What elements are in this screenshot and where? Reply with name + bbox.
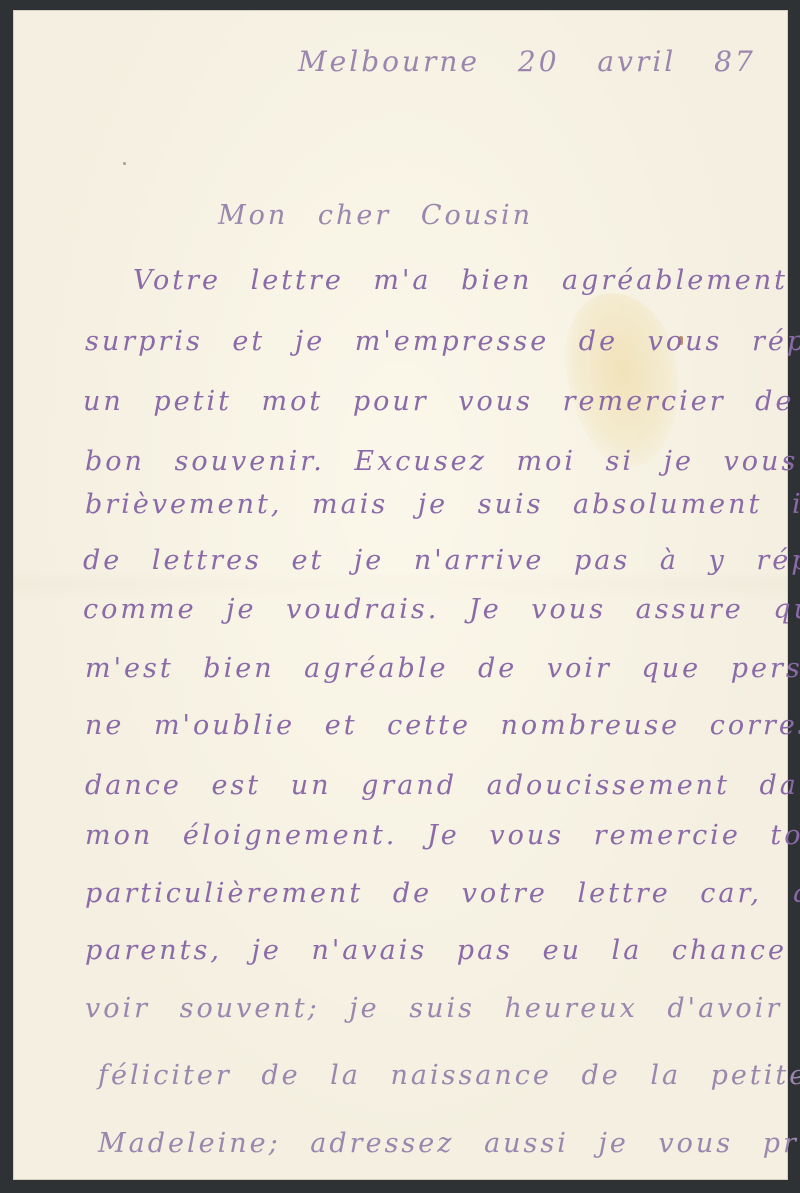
- letter-line: voir souvent; je suis heureux d'avoir à …: [85, 995, 800, 1022]
- letter-paper: Melbourne 20 avril 87 Mon cher Cousin Vo…: [13, 10, 788, 1180]
- letter-line: féliciter de la naissance de la petite: [98, 1062, 800, 1089]
- paper-speck: [123, 162, 126, 165]
- letter-line: comme je voudrais. Je vous assure qu'il: [83, 596, 800, 623]
- letter-line: de lettres et je n'arrive pas à y répond…: [83, 547, 800, 574]
- letter-line: Madeleine; adressez aussi je vous prie m…: [98, 1130, 800, 1157]
- letter-line: mon éloignement. Je vous remercie tout: [85, 822, 800, 849]
- salutation: Mon cher Cousin: [218, 202, 533, 229]
- letter-line: un petit mot pour vous remercier de votr…: [83, 388, 800, 415]
- dateline: Melbourne 20 avril 87: [298, 48, 756, 76]
- letter-line: bon souvenir. Excusez moi si je vous écr…: [85, 448, 800, 475]
- letter-line: dance est un grand adoucissement dans: [85, 772, 800, 799]
- letter-line: ne m'oublie et cette nombreuse correspon…: [85, 712, 800, 739]
- letter-line: particulièrement de votre lettre car, qu…: [85, 880, 800, 907]
- letter-line: brièvement, mais je suis absolument inon…: [85, 491, 800, 518]
- scanned-page: Melbourne 20 avril 87 Mon cher Cousin Vo…: [0, 0, 800, 1193]
- letter-line: surpris et je m'empresse de vous répondr…: [85, 328, 800, 355]
- letter-line: m'est bien agréable de voir que personne: [85, 655, 800, 682]
- letter-line: Votre lettre m'a bien agréablement: [133, 267, 788, 294]
- letter-line: parents, je n'avais pas eu la chance de …: [85, 937, 800, 964]
